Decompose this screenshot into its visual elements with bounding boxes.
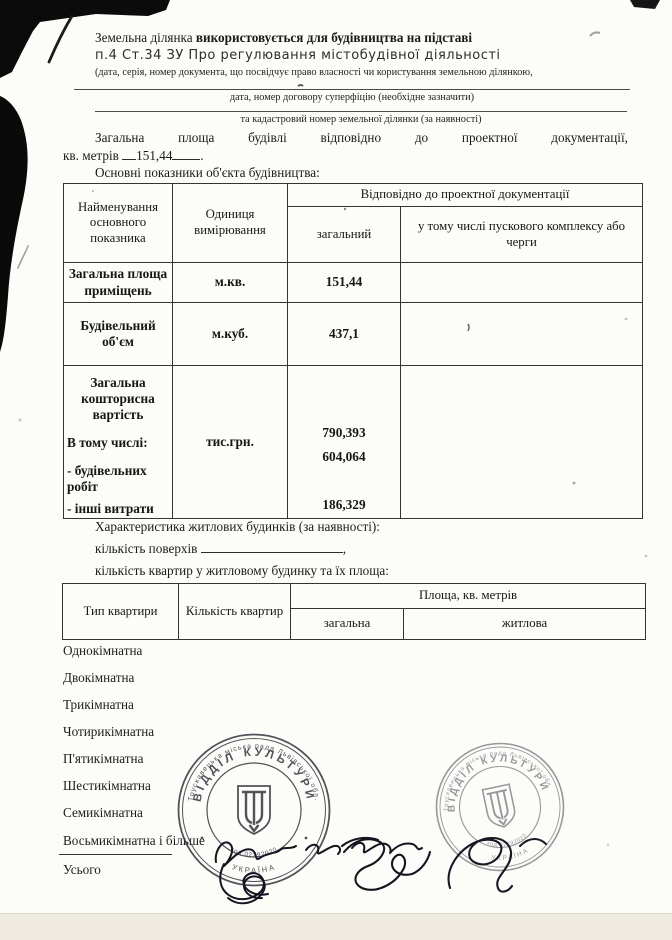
scan-speckle [468,324,469,331]
scan-speckle [573,482,576,485]
scan-speckle [344,208,346,210]
scan-artifacts-and-signatures [0,0,672,940]
pen-slash-mark [18,246,28,268]
scan-speckle [298,85,303,86]
scan-artifact-top-left [0,0,170,78]
pen-slash-mark [49,16,72,62]
scan-speckle [18,418,21,421]
handwritten-note [216,842,422,903]
scan-speckle [645,555,648,558]
scan-speckle [607,844,610,847]
scan-artifact-top-right [630,0,660,9]
scan-speckle [92,190,94,192]
scan-artifact-left-edge [0,96,28,352]
scan-speckle [590,32,600,36]
scanned-document-page: Земельна ділянка використовується для бу… [0,0,672,940]
signature-ink [449,838,546,892]
scan-speckle [625,318,628,321]
